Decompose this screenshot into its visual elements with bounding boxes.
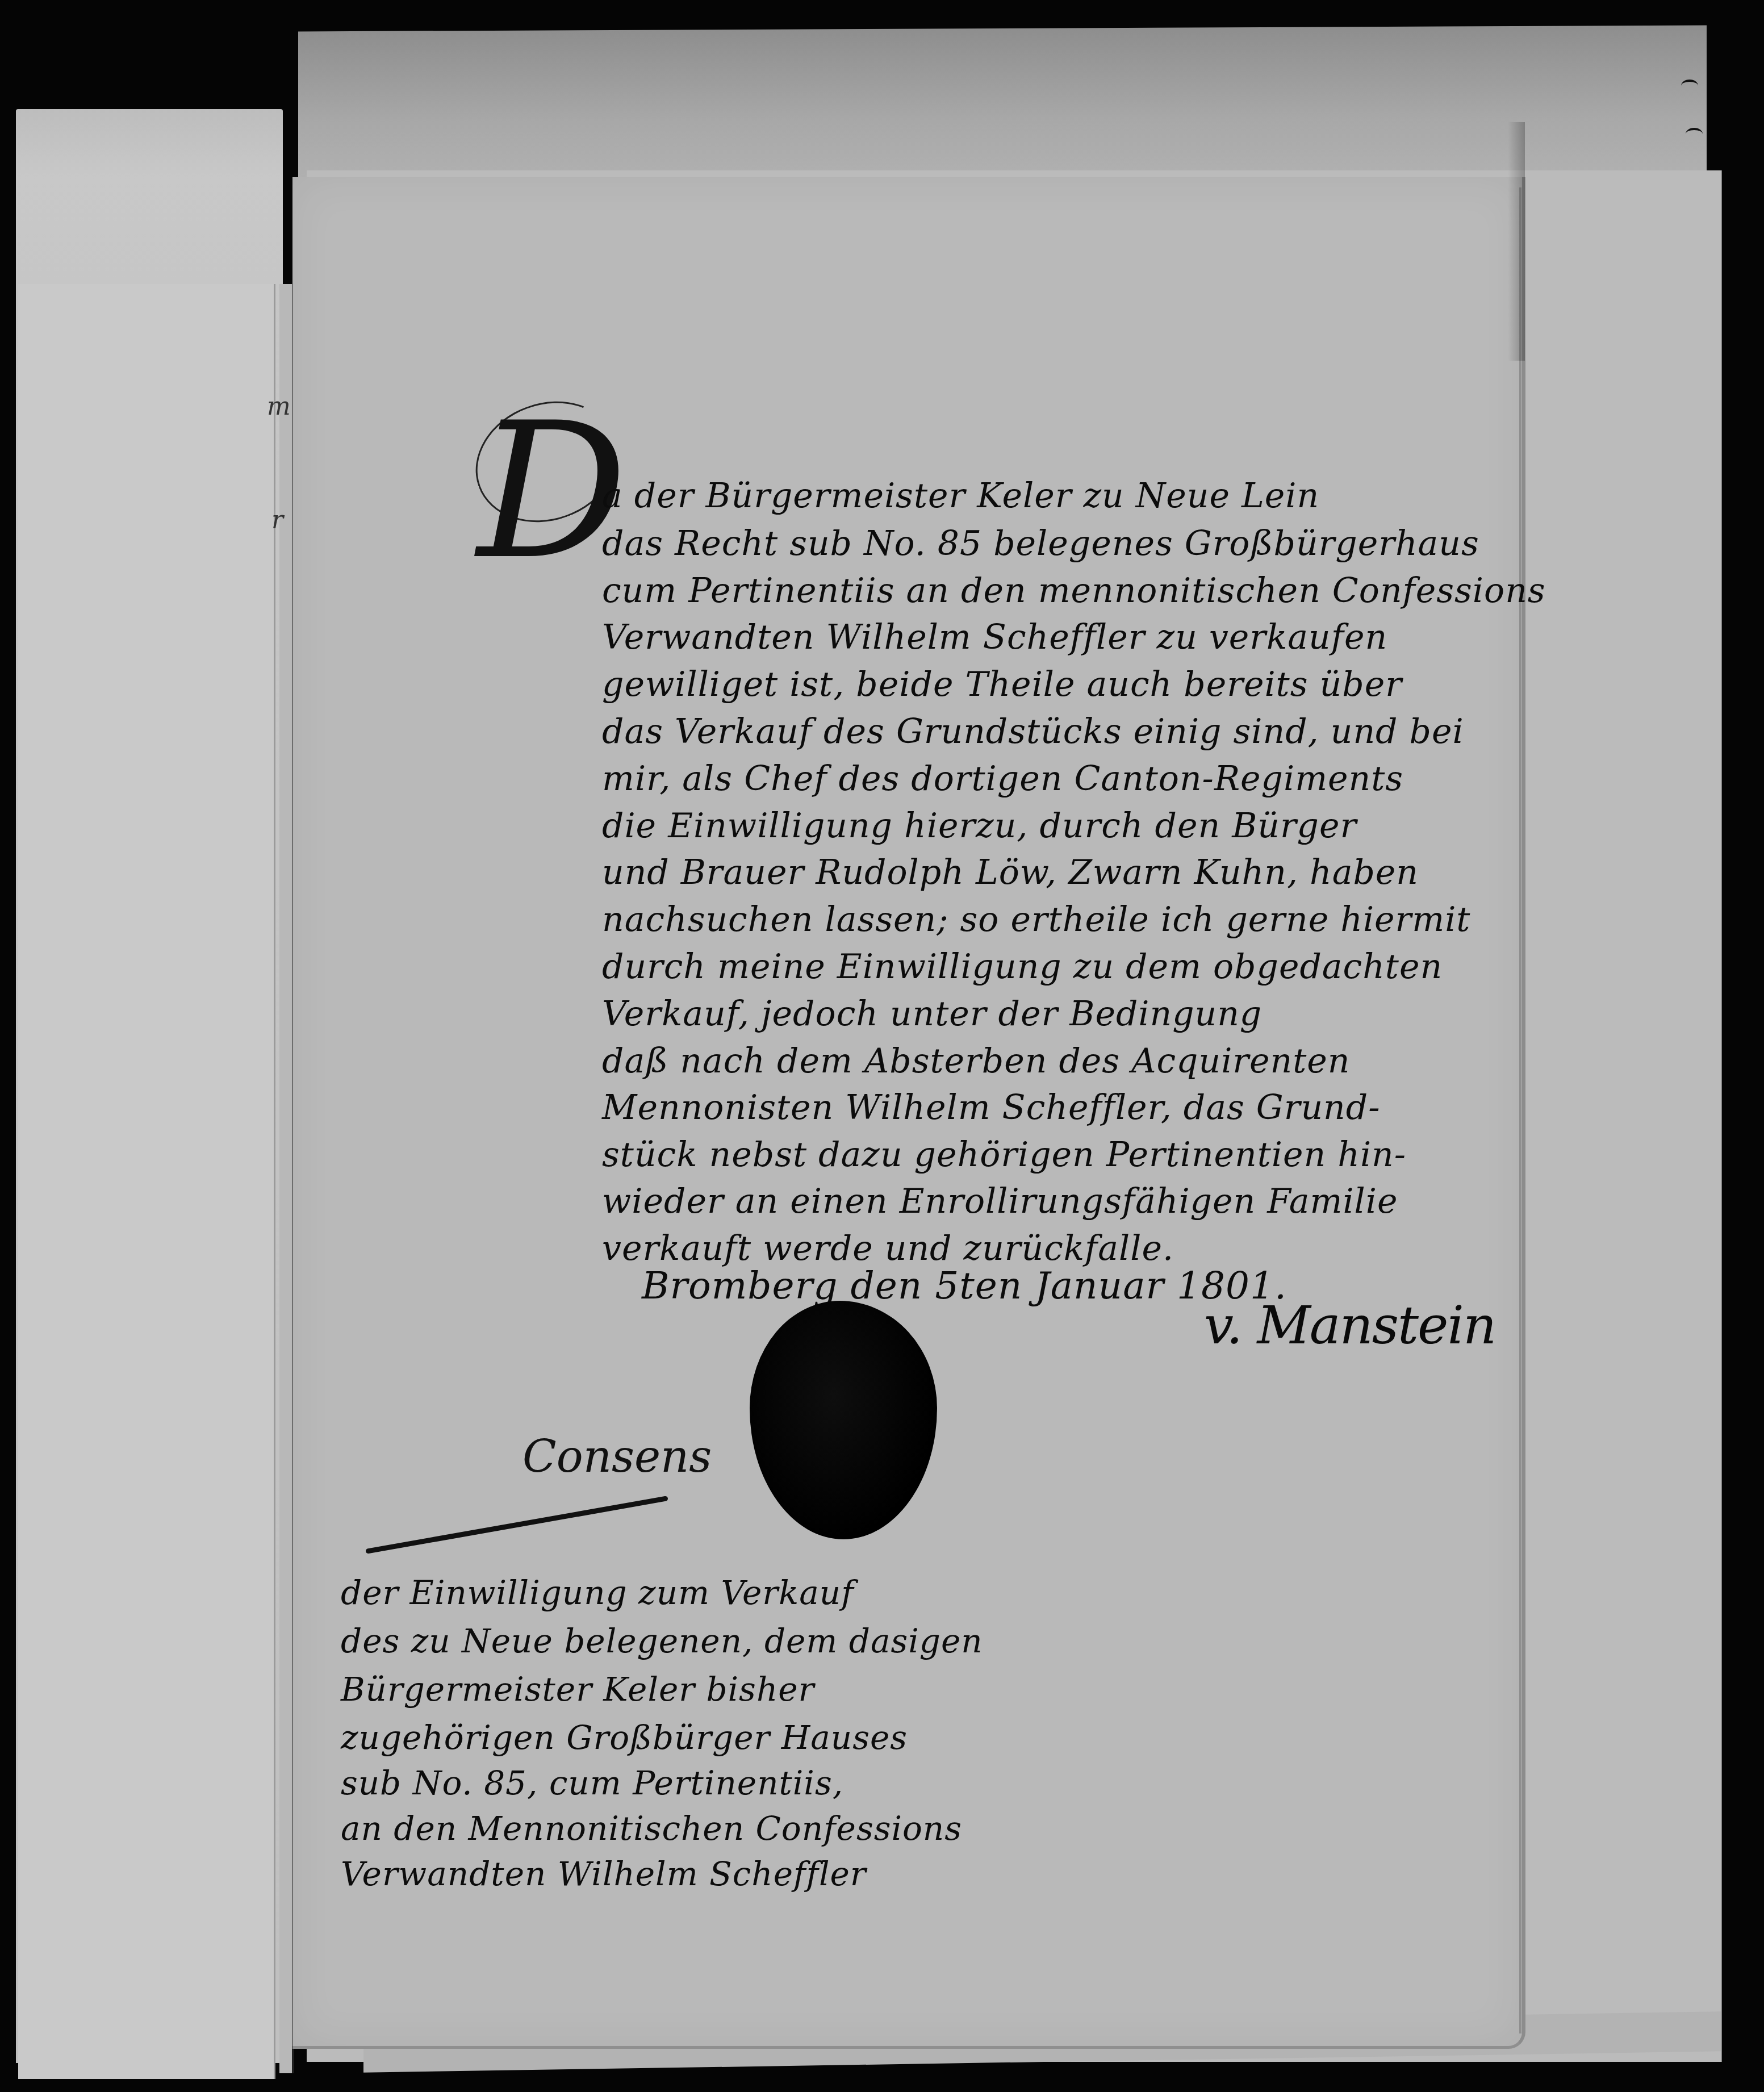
body-line: daß nach dem Absterben des Acquirenten (602, 1041, 1350, 1081)
body-line: durch meine Einwilligung zu dem obgedach… (602, 947, 1443, 987)
body-line: wieder an einen Enrollirungsfähigen Fami… (602, 1181, 1398, 1221)
back-sheet-left-inner (18, 284, 275, 2079)
body-line-final: verkauft werde und zurückfalle. (602, 1229, 1174, 1268)
signature: v. Manstein (1204, 1295, 1495, 1356)
edge-tick-mark (1681, 80, 1698, 92)
endorsement-line: an den Mennonitischen Confessions (341, 1809, 962, 1848)
endorsement-line: Bürgermeister Keler bisher (341, 1670, 814, 1709)
endorsement-line: Verwandten Wilhelm Scheffler (341, 1855, 867, 1893)
body-line: nachsuchen lassen; so ertheile ich gerne… (602, 900, 1470, 939)
body-line: stück nebst dazu gehörigen Pertinentien … (602, 1135, 1406, 1175)
endorsement-line: zugehörigen Großbürger Hauses (341, 1718, 908, 1757)
endorsement-heading: Consens (522, 1431, 712, 1483)
endorsement-line: der Einwilligung zum Verkauf (341, 1573, 854, 1612)
body-line: Verwandten Wilhelm Scheffler zu verkaufe… (602, 617, 1387, 657)
body-line: gewilliget ist, beide Theile auch bereit… (602, 665, 1402, 704)
body-line: a der Bürgermeister Keler zu Neue Lein (602, 476, 1319, 516)
date-line: Bromberg den 5ten Januar 1801. (642, 1264, 1287, 1308)
margin-mark: m (267, 392, 291, 421)
body-line: und Brauer Rudolph Löw, Zwarn Kuhn, habe… (602, 853, 1419, 892)
body-line: Mennonisten Wilhelm Scheffler, das Grund… (602, 1088, 1380, 1128)
body-line: das Recht sub No. 85 belegenes Großbürge… (602, 524, 1479, 563)
paper-stain (1508, 122, 1525, 361)
margin-mark: r (271, 506, 283, 535)
body-line: das Verkauf des Grundstücks einig sind, … (602, 712, 1464, 751)
endorsement-line: sub No. 85, cum Pertinentiis, (341, 1764, 843, 1802)
back-sheet-top (298, 26, 1707, 185)
body-line: cum Pertinentiis an den mennonitischen C… (602, 571, 1546, 611)
edge-tick-mark (1686, 128, 1703, 140)
page-fold-line (1519, 187, 1521, 2033)
body-line: mir, als Chef des dortigen Canton-Regime… (602, 759, 1403, 799)
body-line: Verkauf, jedoch unter der Bedingung (602, 994, 1262, 1034)
endorsement-line: des zu Neue belegenen, dem dasigen (341, 1622, 983, 1660)
body-line: die Einwilligung hierzu, durch den Bürge… (602, 806, 1357, 846)
